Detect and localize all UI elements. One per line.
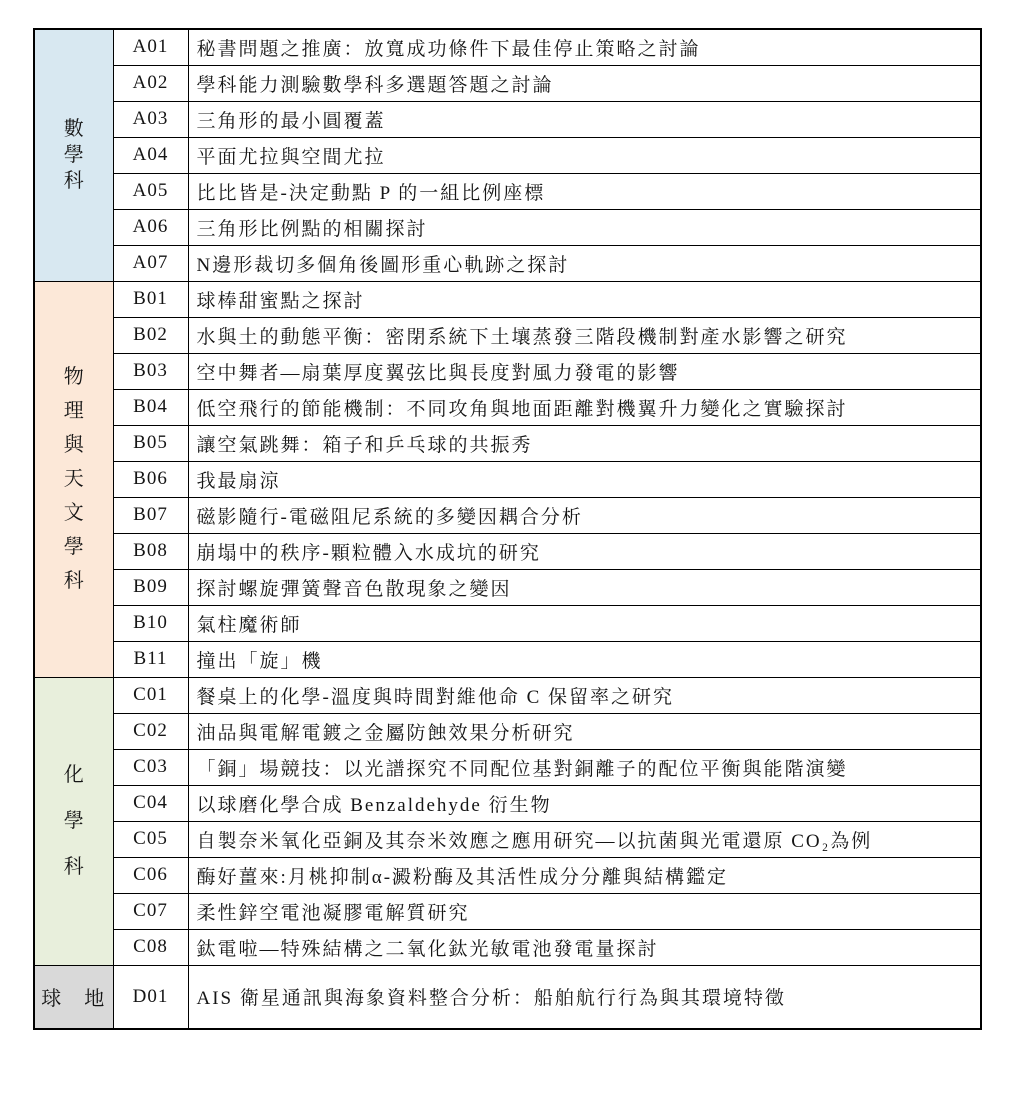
category-label-char: 科 xyxy=(35,168,113,194)
title-cell: 學科能力測驗數學科多選題答題之討論 xyxy=(188,65,981,101)
table-row: B08崩塌中的秩序-顆粒體入水成坑的研究 xyxy=(34,533,981,569)
table-row: C06酶好薑來:月桃抑制α-澱粉酶及其活性成分分離與結構鑑定 xyxy=(34,857,981,893)
title-cell: 自製奈米氧化亞銅及其奈米效應之應用研究—以抗菌與光電還原 CO₂為例 xyxy=(188,821,981,857)
table-row: 物理與天文學科B01球棒甜蜜點之探討 xyxy=(34,281,981,317)
table-row: 數學科A01秘書問題之推廣：放寬成功條件下最佳停止策略之討論 xyxy=(34,29,981,65)
code-cell: B05 xyxy=(113,425,188,461)
title-cell: 以球磨化學合成 Benzaldehyde 衍生物 xyxy=(188,785,981,821)
code-cell: C01 xyxy=(113,677,188,713)
code-cell: A01 xyxy=(113,29,188,65)
category-label-char: 天 xyxy=(35,462,113,496)
code-cell: C06 xyxy=(113,857,188,893)
category-label: 化學科 xyxy=(35,752,113,890)
code-cell: D01 xyxy=(113,965,188,1029)
table-row: A07N邊形裁切多個角後圖形重心軌跡之探討 xyxy=(34,245,981,281)
category-label-char: 科 xyxy=(35,564,113,598)
title-cell: 平面尤拉與空間尤拉 xyxy=(188,137,981,173)
code-cell: A05 xyxy=(113,173,188,209)
table-row: 球 地D01AIS 衛星通訊與海象資料整合分析：船舶航行行為與其環境特徵 xyxy=(34,965,981,1029)
table-row: C02油品與電解電鍍之金屬防蝕效果分析研究 xyxy=(34,713,981,749)
code-cell: C07 xyxy=(113,893,188,929)
code-cell: C02 xyxy=(113,713,188,749)
code-cell: C04 xyxy=(113,785,188,821)
category-label-char: 文 xyxy=(35,496,113,530)
code-cell: B09 xyxy=(113,569,188,605)
title-cell: 球棒甜蜜點之探討 xyxy=(188,281,981,317)
title-cell: 酶好薑來:月桃抑制α-澱粉酶及其活性成分分離與結構鑑定 xyxy=(188,857,981,893)
table-row: C07柔性鋅空電池凝膠電解質研究 xyxy=(34,893,981,929)
category-cell-physics-astronomy: 物理與天文學科 xyxy=(34,281,113,677)
title-cell: 水與土的動態平衡：密閉系統下土壤蒸發三階段機制對產水影響之研究 xyxy=(188,317,981,353)
category-label-char: 理 xyxy=(35,394,113,428)
code-cell: B10 xyxy=(113,605,188,641)
category-label: 球 地 xyxy=(35,982,113,1011)
table-row: A03三角形的最小圓覆蓋 xyxy=(34,101,981,137)
title-cell: 氣柱魔術師 xyxy=(188,605,981,641)
code-cell: B03 xyxy=(113,353,188,389)
table-row: B02水與土的動態平衡：密閉系統下土壤蒸發三階段機制對產水影響之研究 xyxy=(34,317,981,353)
category-label-char: 化 xyxy=(35,752,113,798)
title-cell: 秘書問題之推廣：放寬成功條件下最佳停止策略之討論 xyxy=(188,29,981,65)
code-cell: A07 xyxy=(113,245,188,281)
category-label-char: 數 xyxy=(35,116,113,142)
table-row: B10氣柱魔術師 xyxy=(34,605,981,641)
title-cell: 油品與電解電鍍之金屬防蝕效果分析研究 xyxy=(188,713,981,749)
category-label-char: 學 xyxy=(35,142,113,168)
code-cell: A02 xyxy=(113,65,188,101)
code-cell: C05 xyxy=(113,821,188,857)
category-label: 數學科 xyxy=(35,116,113,194)
title-cell: 餐桌上的化學-溫度與時間對維他命 C 保留率之研究 xyxy=(188,677,981,713)
title-cell: 低空飛行的節能機制：不同攻角與地面距離對機翼升力變化之實驗探討 xyxy=(188,389,981,425)
category-label-char: 學 xyxy=(35,798,113,844)
title-cell: 「銅」場競技：以光譜探究不同配位基對銅離子的配位平衡與能階演變 xyxy=(188,749,981,785)
category-label-char: 物 xyxy=(35,360,113,394)
title-cell: 比比皆是-決定動點 P 的一組比例座標 xyxy=(188,173,981,209)
code-cell: B02 xyxy=(113,317,188,353)
title-cell: 磁影隨行-電磁阻尼系統的多變因耦合分析 xyxy=(188,497,981,533)
title-cell: 鈦電啦—特殊結構之二氧化鈦光敏電池發電量探討 xyxy=(188,929,981,965)
code-cell: B06 xyxy=(113,461,188,497)
category-cell-earth-science: 球 地 xyxy=(34,965,113,1029)
table-row: A02學科能力測驗數學科多選題答題之討論 xyxy=(34,65,981,101)
category-label-char: 與 xyxy=(35,428,113,462)
table-row: B04低空飛行的節能機制：不同攻角與地面距離對機翼升力變化之實驗探討 xyxy=(34,389,981,425)
title-cell: 我最扇涼 xyxy=(188,461,981,497)
table-row: B07磁影隨行-電磁阻尼系統的多變因耦合分析 xyxy=(34,497,981,533)
title-cell: 三角形的最小圓覆蓋 xyxy=(188,101,981,137)
category-cell-chemistry: 化學科 xyxy=(34,677,113,965)
table-row: A04平面尤拉與空間尤拉 xyxy=(34,137,981,173)
code-cell: B07 xyxy=(113,497,188,533)
code-cell: C03 xyxy=(113,749,188,785)
category-label: 物理與天文學科 xyxy=(35,360,113,598)
category-cell-math: 數學科 xyxy=(34,29,113,281)
title-cell: 三角形比例點的相關探討 xyxy=(188,209,981,245)
table-row: C08鈦電啦—特殊結構之二氧化鈦光敏電池發電量探討 xyxy=(34,929,981,965)
title-cell: 柔性鋅空電池凝膠電解質研究 xyxy=(188,893,981,929)
title-cell: 撞出「旋」機 xyxy=(188,641,981,677)
table-row: C03「銅」場競技：以光譜探究不同配位基對銅離子的配位平衡與能階演變 xyxy=(34,749,981,785)
category-label-char: 學 xyxy=(35,530,113,564)
document-page: 數學科A01秘書問題之推廣：放寬成功條件下最佳停止策略之討論A02學科能力測驗數… xyxy=(0,0,1012,1093)
table-row: B06我最扇涼 xyxy=(34,461,981,497)
title-cell: AIS 衛星通訊與海象資料整合分析：船舶航行行為與其環境特徵 xyxy=(188,965,981,1029)
table-row: A05比比皆是-決定動點 P 的一組比例座標 xyxy=(34,173,981,209)
code-cell: C08 xyxy=(113,929,188,965)
category-label-char: 科 xyxy=(35,844,113,890)
code-cell: A06 xyxy=(113,209,188,245)
title-cell: 探討螺旋彈簧聲音色散現象之變因 xyxy=(188,569,981,605)
title-cell: 讓空氣跳舞：箱子和乒乓球的共振秀 xyxy=(188,425,981,461)
projects-table: 數學科A01秘書問題之推廣：放寬成功條件下最佳停止策略之討論A02學科能力測驗數… xyxy=(33,28,982,1030)
table-row: B09探討螺旋彈簧聲音色散現象之變因 xyxy=(34,569,981,605)
table-row: B03空中舞者—扇葉厚度翼弦比與長度對風力發電的影響 xyxy=(34,353,981,389)
table-row: C04以球磨化學合成 Benzaldehyde 衍生物 xyxy=(34,785,981,821)
table-row: 化學科C01餐桌上的化學-溫度與時間對維他命 C 保留率之研究 xyxy=(34,677,981,713)
title-cell: N邊形裁切多個角後圖形重心軌跡之探討 xyxy=(188,245,981,281)
title-cell: 空中舞者—扇葉厚度翼弦比與長度對風力發電的影響 xyxy=(188,353,981,389)
code-cell: B01 xyxy=(113,281,188,317)
table-row: B11撞出「旋」機 xyxy=(34,641,981,677)
table-row: B05讓空氣跳舞：箱子和乒乓球的共振秀 xyxy=(34,425,981,461)
code-cell: B08 xyxy=(113,533,188,569)
table-row: C05自製奈米氧化亞銅及其奈米效應之應用研究—以抗菌與光電還原 CO₂為例 xyxy=(34,821,981,857)
code-cell: A03 xyxy=(113,101,188,137)
title-cell: 崩塌中的秩序-顆粒體入水成坑的研究 xyxy=(188,533,981,569)
table-row: A06三角形比例點的相關探討 xyxy=(34,209,981,245)
code-cell: B04 xyxy=(113,389,188,425)
code-cell: A04 xyxy=(113,137,188,173)
code-cell: B11 xyxy=(113,641,188,677)
